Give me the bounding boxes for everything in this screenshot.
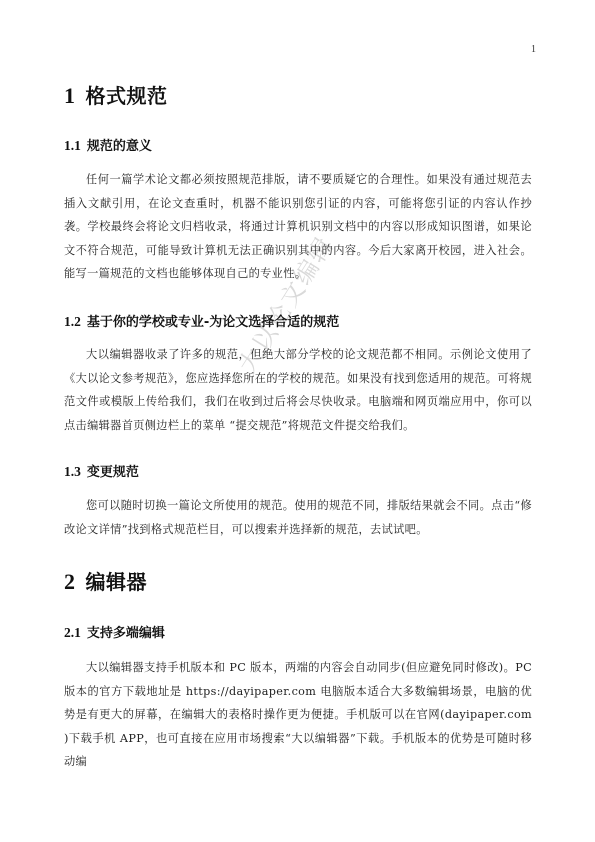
paragraph-1-2: 大以编辑器收录了许多的规范，但绝大部分学校的论文规范都不相同。示例论文使用了《大… bbox=[64, 343, 532, 437]
section-number: 1 bbox=[64, 83, 76, 108]
subsection-number: 1.3 bbox=[64, 464, 81, 479]
subsection-heading-1-3: 1.3变更规范 bbox=[64, 461, 139, 480]
page-number: 1 bbox=[531, 44, 536, 55]
subsection-heading-1-1: 1.1规范的意义 bbox=[64, 135, 152, 154]
subsection-title: 规范的意义 bbox=[87, 139, 152, 154]
paragraph-1-3: 您可以随时切换一篇论文所使用的规范。使用的规范不同，排版结果就会不同。点击“修改… bbox=[64, 494, 532, 541]
subsection-heading-2-1: 2.1支持多端编辑 bbox=[64, 622, 165, 641]
subsection-number: 1.2 bbox=[64, 314, 81, 329]
section-title: 格式规范 bbox=[86, 84, 168, 108]
subsection-title: 变更规范 bbox=[87, 465, 139, 480]
subsection-title: 基于你的学校或专业-为论文选择合适的规范 bbox=[87, 315, 339, 330]
section-heading-2: 2编辑器 bbox=[64, 566, 147, 595]
subsection-number: 2.1 bbox=[64, 625, 81, 640]
section-heading-1: 1格式规范 bbox=[64, 80, 168, 109]
subsection-title: 支持多端编辑 bbox=[87, 626, 165, 641]
subsection-heading-1-2: 1.2基于你的学校或专业-为论文选择合适的规范 bbox=[64, 311, 339, 330]
section-title: 编辑器 bbox=[86, 570, 148, 594]
subsection-number: 1.1 bbox=[64, 138, 81, 153]
paragraph-2-1: 大以编辑器支持手机版本和 PC 版本，两端的内容会自动同步(但应避免同时修改)。… bbox=[64, 656, 532, 774]
paragraph-1-1: 任何一篇学术论文都必须按照规范排版，请不要质疑它的合理性。如果没有通过规范去插入… bbox=[64, 168, 532, 286]
section-number: 2 bbox=[64, 569, 76, 594]
